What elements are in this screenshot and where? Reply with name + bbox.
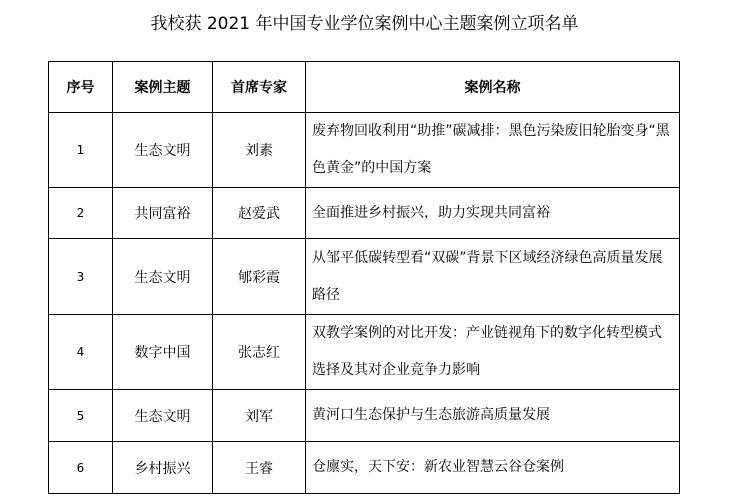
cell-no: 2: [49, 188, 113, 239]
cell-theme: 生态文明: [113, 239, 213, 315]
header-expert: 首席专家: [213, 62, 306, 113]
cell-case-name: 废弃物回收利用“助推”碳减排：黑色污染废旧轮胎变身“黑色黄金”的中国方案: [306, 113, 680, 188]
header-case-name: 案例名称: [306, 62, 680, 113]
cell-expert: 赵爱武: [213, 188, 306, 239]
cell-expert: 郇彩霞: [213, 239, 306, 315]
cell-no: 5: [49, 390, 113, 442]
cell-expert: 张志红: [213, 315, 306, 390]
cell-theme: 乡村振兴: [113, 442, 213, 494]
table-row: 5 生态文明 刘军 黄河口生态保护与生态旅游高质量发展: [49, 390, 680, 442]
cell-expert: 王睿: [213, 442, 306, 494]
cell-case-name: 双教学案例的对比开发：产业链视角下的数字化转型模式选择及其对企业竞争力影响: [306, 315, 680, 390]
header-theme: 案例主题: [113, 62, 213, 113]
cell-no: 4: [49, 315, 113, 390]
cell-no: 1: [49, 113, 113, 188]
table-row: 1 生态文明 刘素 废弃物回收利用“助推”碳减排：黑色污染废旧轮胎变身“黑色黄金…: [49, 113, 680, 188]
cell-theme: 生态文明: [113, 113, 213, 188]
case-list-table: 序号 案例主题 首席专家 案例名称 1 生态文明 刘素 废弃物回收利用“助推”碳…: [48, 61, 680, 494]
table-header-row: 序号 案例主题 首席专家 案例名称: [49, 62, 680, 113]
cell-no: 3: [49, 239, 113, 315]
table-row: 3 生态文明 郇彩霞 从邹平低碳转型看“双碳”背景下区域经济绿色高质量发展路径: [49, 239, 680, 315]
table-row: 2 共同富裕 赵爱武 全面推进乡村振兴，助力实现共同富裕: [49, 188, 680, 239]
table-row: 6 乡村振兴 王睿 仓廪实，天下安：新农业智慧云谷仓案例: [49, 442, 680, 494]
cell-case-name: 全面推进乡村振兴，助力实现共同富裕: [306, 188, 680, 239]
cell-theme: 生态文明: [113, 390, 213, 442]
table-row: 4 数字中国 张志红 双教学案例的对比开发：产业链视角下的数字化转型模式选择及其…: [49, 315, 680, 390]
cell-theme: 共同富裕: [113, 188, 213, 239]
cell-no: 6: [49, 442, 113, 494]
cell-case-name: 仓廪实，天下安：新农业智慧云谷仓案例: [306, 442, 680, 494]
cell-case-name: 从邹平低碳转型看“双碳”背景下区域经济绿色高质量发展路径: [306, 239, 680, 315]
header-no: 序号: [49, 62, 113, 113]
cell-case-name: 黄河口生态保护与生态旅游高质量发展: [306, 390, 680, 442]
cell-expert: 刘素: [213, 113, 306, 188]
cell-expert: 刘军: [213, 390, 306, 442]
cell-theme: 数字中国: [113, 315, 213, 390]
document-title: 我校获 2021 年中国专业学位案例中心主题案例立项名单: [0, 12, 729, 36]
